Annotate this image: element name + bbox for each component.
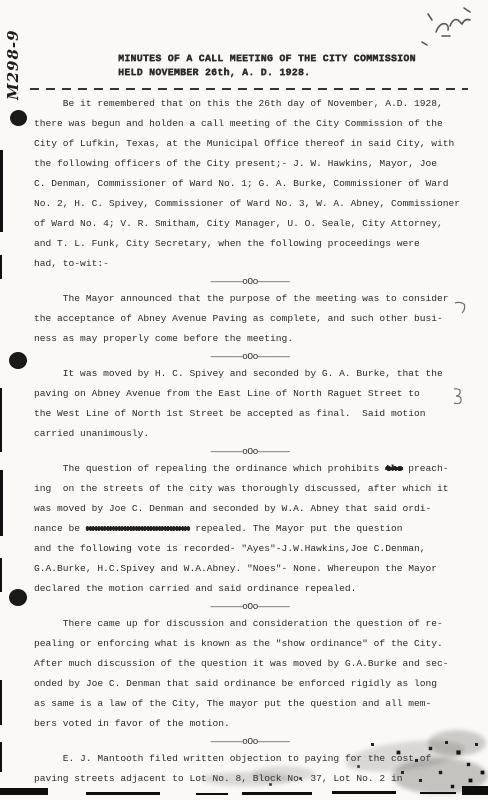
dashed-divider [30,88,468,90]
ink-smudge [200,772,292,786]
archive-number-handwritten: M298-9 [4,29,22,100]
text-segment: repealed. The Mayor put the question [189,523,402,534]
punch-hole [9,352,27,369]
section-separator: ——————oOo—————— [34,599,466,614]
punch-hole [9,589,27,606]
text-line: was moved by Joe C. Denman and seconded … [34,499,466,519]
scan-edge-artifact [462,786,488,795]
scan-edge-artifact [196,793,228,795]
scan-edge-artifact [0,150,3,232]
scan-edge-artifact [86,792,160,795]
scan-edge-artifact [0,788,48,795]
ink-smudge [428,730,486,756]
scan-edge-artifact [0,255,2,279]
struck-out-text: xxxxxxxxxxxxxxxxxx [86,523,190,534]
paragraph-paving-motion: It was moved by H. C. Spivey and seconde… [34,364,466,444]
document-body: Be it remembered that on this the 26th d… [34,94,466,789]
ink-speckle-cluster [0,0,1,1]
scan-edge-artifact [332,791,396,794]
text-line: declared the motion carried and said ord… [34,579,466,599]
pencil-scribble [398,2,478,48]
margin-mark [450,386,466,404]
text-segment: nance be [34,523,86,534]
text-segment: preach- [402,463,448,474]
scan-edge-artifact [0,388,2,452]
punch-hole [10,110,27,126]
scan-edge-artifact [0,558,2,592]
paragraph-opening: Be it remembered that on this the 26th d… [34,94,466,274]
scan-edge-artifact [420,792,456,794]
title-line-1: MINUTES OF A CALL MEETING OF THE CITY CO… [118,54,416,65]
section-separator: ——————oOo—————— [34,349,466,364]
paragraph-preaching-ordinance: The question of repealing the ordinance … [34,459,466,599]
text-line: The question of repealing the ordinance … [34,459,466,479]
section-separator: ——————oOo—————— [34,274,466,289]
title-line-2: HELD NOVEMBER 26th, A. D. 1928. [118,68,310,79]
text-line: G.A.Burke, H.C.Spivey and W.A.Abney. "No… [34,559,466,579]
section-separator: ——————oOo—————— [34,444,466,459]
text-segment: The question of repealing the ordinance … [34,463,385,474]
scan-edge-artifact [0,680,2,725]
text-line: and the following vote is recorded- "Aye… [34,539,466,559]
document-title: MINUTES OF A CALL MEETING OF THE CITY CO… [118,53,416,81]
text-line: nance be xxxxxxxxxxxxxxxxxx repealed. Th… [34,519,466,539]
text-line: ing on the streets of the city was thoro… [34,479,466,499]
scan-edge-artifact [242,792,312,795]
scan-edge-artifact [0,742,2,772]
scan-edge-artifact [0,470,3,536]
struck-out-text: the [385,463,402,474]
margin-mark [452,300,470,316]
scanned-document-page: M298-9 MINUTES OF A CALL MEETING OF THE … [0,0,488,800]
paragraph-show-ordinance: There came up for discussion and conside… [34,614,466,734]
paragraph-purpose: The Mayor announced that the purpose of … [34,289,466,349]
